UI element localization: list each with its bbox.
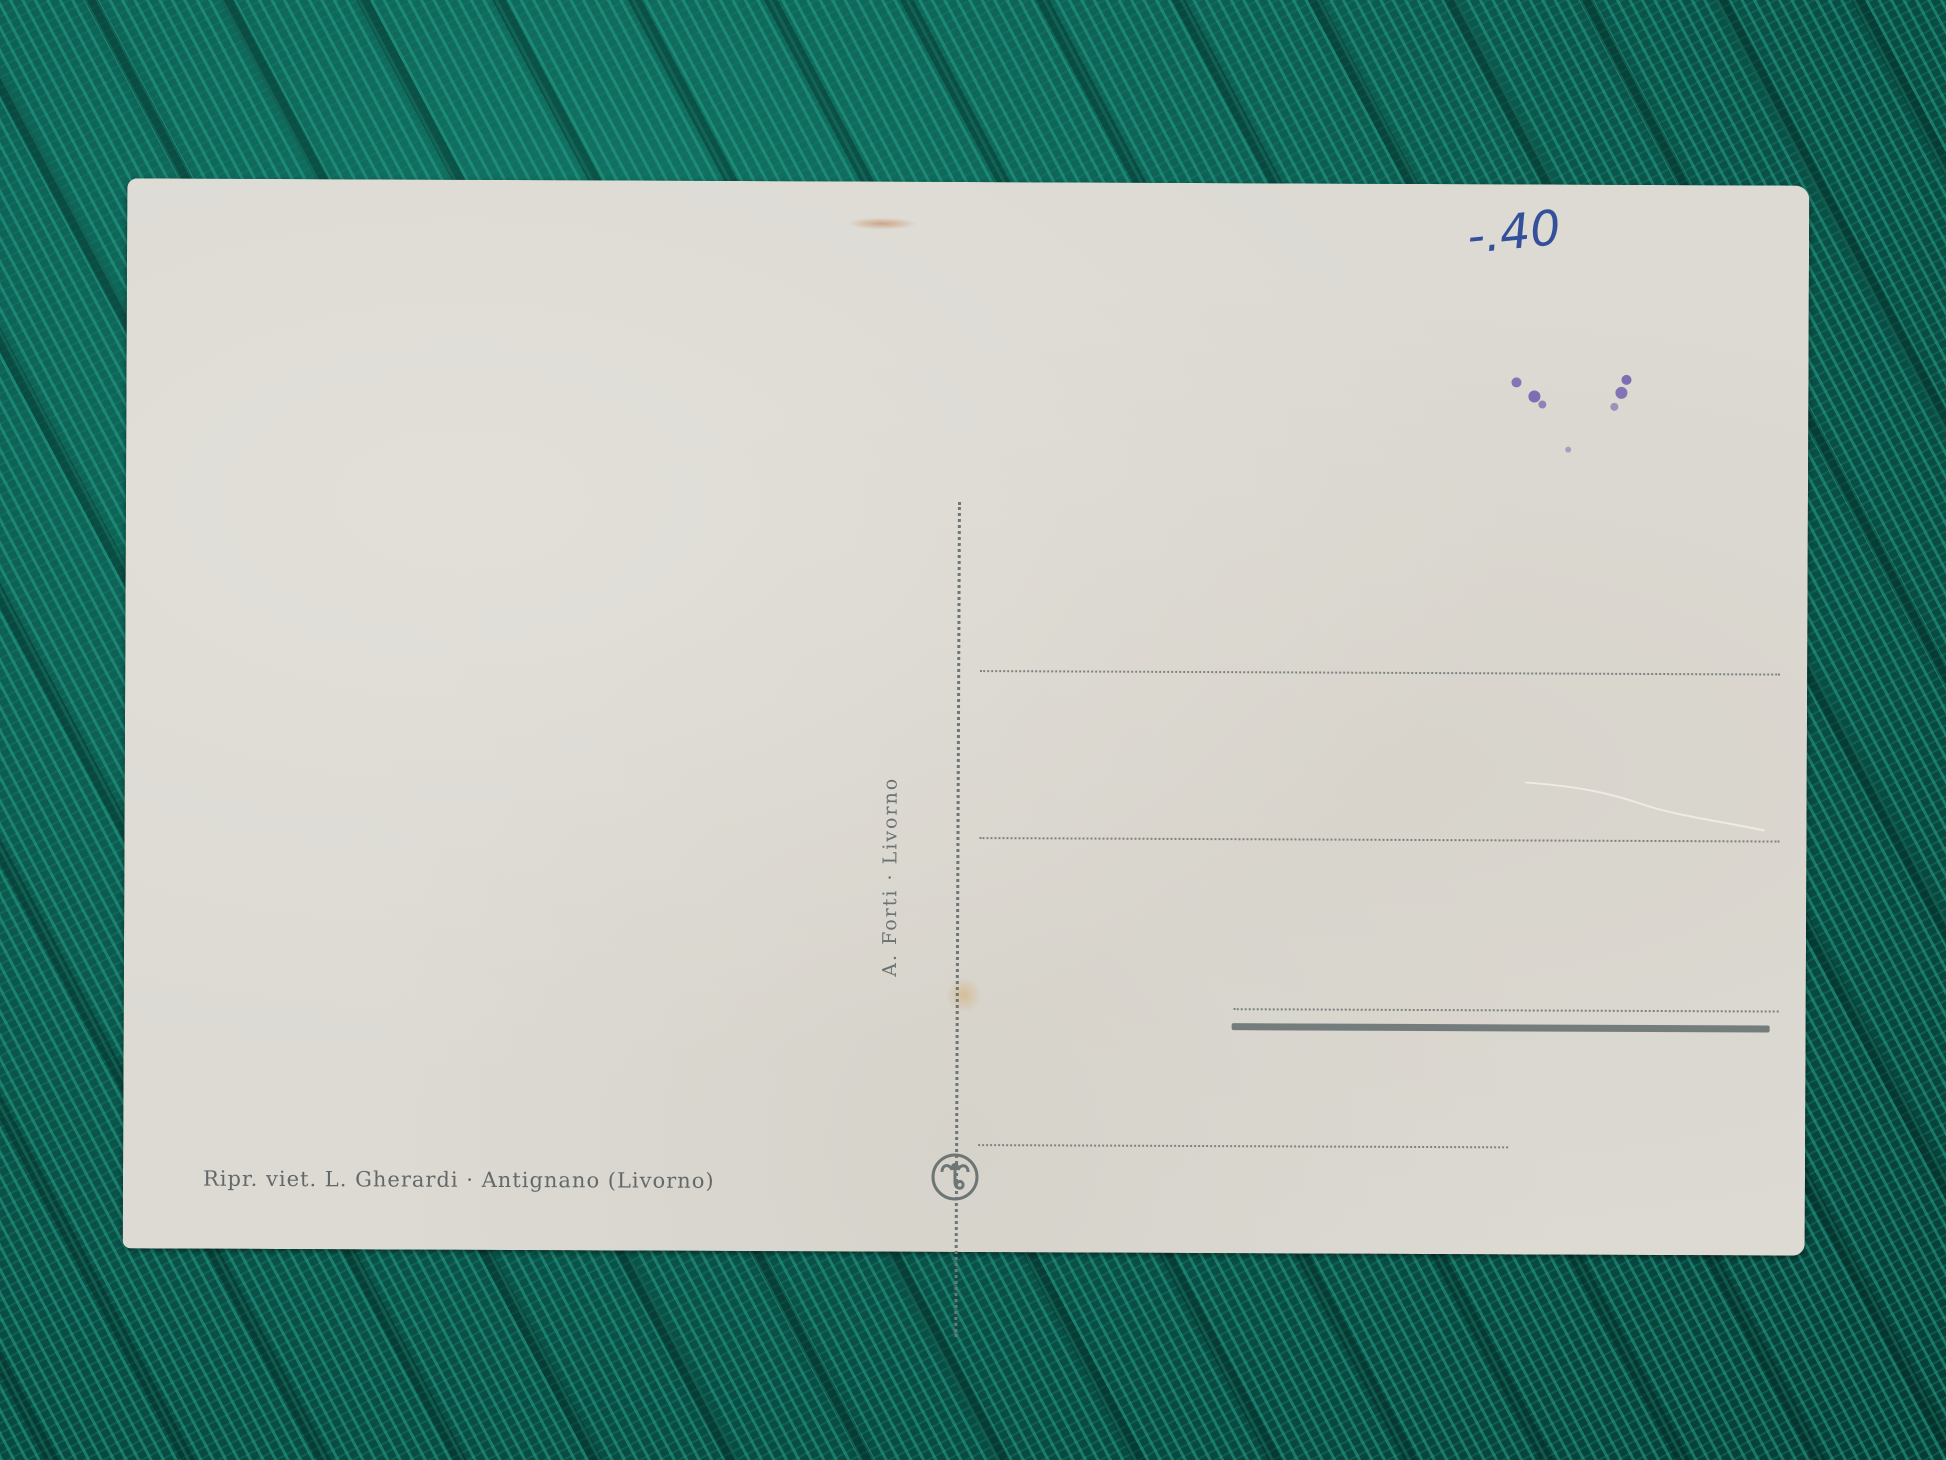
stamp-residue-marks (1486, 354, 1646, 465)
address-line (979, 837, 1779, 842)
address-underline-solid (1232, 1023, 1770, 1032)
vertical-divider-line (954, 502, 961, 1337)
address-line (978, 1144, 1508, 1148)
printer-credit: Ripr. viet. L. Gherardi · Antignano (Liv… (203, 1167, 715, 1193)
rust-stain (847, 217, 917, 229)
paper-crease (1524, 774, 1764, 835)
publisher-logo-icon (930, 1152, 980, 1202)
foxing-stain (946, 977, 982, 1013)
address-line (980, 670, 1780, 675)
handwritten-price: -.40 (1465, 200, 1564, 265)
publisher-credit-vertical: A. Forti · Livorno (879, 777, 902, 977)
postcard-back: -.40 A. Forti · Livorno Ripr. viet. L. G… (123, 178, 1810, 1255)
address-line (1234, 1008, 1779, 1012)
